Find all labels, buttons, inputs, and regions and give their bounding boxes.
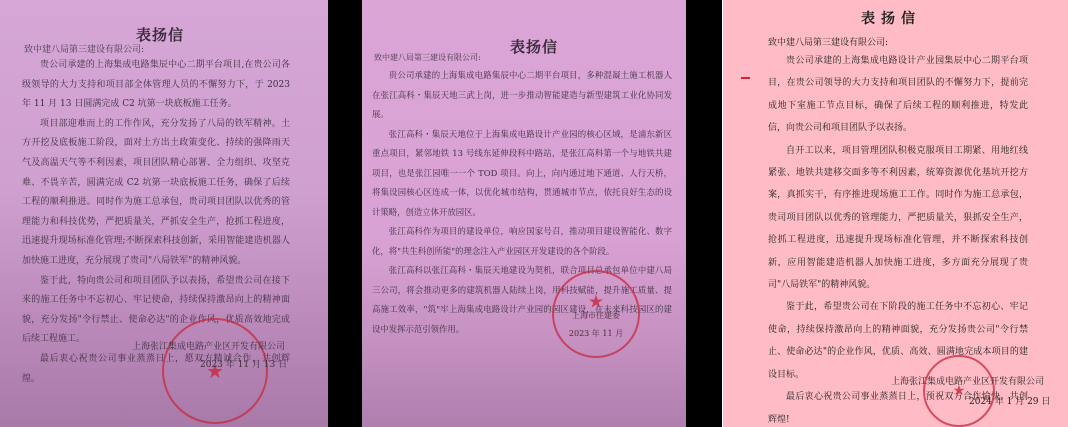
letter-greeting: 致中建八局第三建设有限公司: (374, 52, 481, 63)
company-seal-stamp: ★ (162, 318, 268, 424)
letter-title: 表扬信 (510, 36, 558, 57)
letter-photo-1: 表扬信 致中建八局第三建设有限公司: 贵公司承建的上海集成电路集辰中心二期平台项… (0, 0, 328, 427)
letter-greeting: 致中建八局第三建设有限公司: (24, 42, 144, 55)
letter-paragraph: 贵公司承建的上海集成电路集辰中心二期平台项目,在贵公司各级领导的大力支持和项目部… (22, 56, 290, 115)
seal-date: 2023 年 11 月 (554, 328, 638, 339)
letter-paragraph: 张江高科作为项目的建设单位，响应国家号召，推动项目建设智能化、数字化，将"共生科… (372, 222, 672, 261)
letter-signature: 上海张江集成电路产业区开发有限公司 (891, 374, 1044, 387)
company-seal-stamp: ★ (923, 355, 995, 427)
letter-photo-2: 表扬信 致中建八局第三建设有限公司: 贵公司承建的上海集成电路集辰中心二期平台项… (362, 0, 686, 427)
official-seal-stamp: ★ 上海市住建委 2023 年 11 月 (552, 270, 640, 358)
black-divider (328, 0, 362, 427)
letter-scan-3: 表扬信 致中建八局第三建设有限公司: 贵公司承建的上海集成电路设计产业园集辰中心… (722, 0, 1068, 427)
letter-date: 2024 年 1 月 29 日 (969, 394, 1050, 407)
letter-paragraph: 自开工以来，项目管理团队积极克服项目工期紧、用地红线紧张、地铁共建移交面多等不利… (768, 140, 1028, 297)
letter-paragraph: 贵公司承建的上海集成电路集辰中心二期平台项目，多种混凝土施工机器人在张江高科・集… (372, 66, 672, 125)
letter-paragraph: 项目部迎难而上的工作作风，充分发扬了八局的铁军精神。土方开挖及底板施工阶段，面对… (22, 115, 290, 272)
letter-date: 2023 年 11 月 13 日 (200, 357, 287, 370)
seal-organization: 上海市住建委 (554, 310, 638, 321)
letter-greeting: 致中建八局第三建设有限公司: (768, 35, 888, 48)
letter-signature: 上海张江集成电路产业区开发有限公司 (132, 339, 285, 352)
letter-paragraph: 张江高科・集辰天地位于上海集成电路设计产业园的核心区域，是浦东新区重点项目，紧邻… (372, 125, 672, 223)
letter-paragraph: 贵公司承建的上海集成电路设计产业园集辰中心二期平台项目，在贵公司领导的大力支持和… (768, 50, 1028, 140)
red-ink-mark (741, 77, 750, 79)
letter-title: 表扬信 (861, 8, 921, 28)
black-divider (686, 0, 721, 427)
